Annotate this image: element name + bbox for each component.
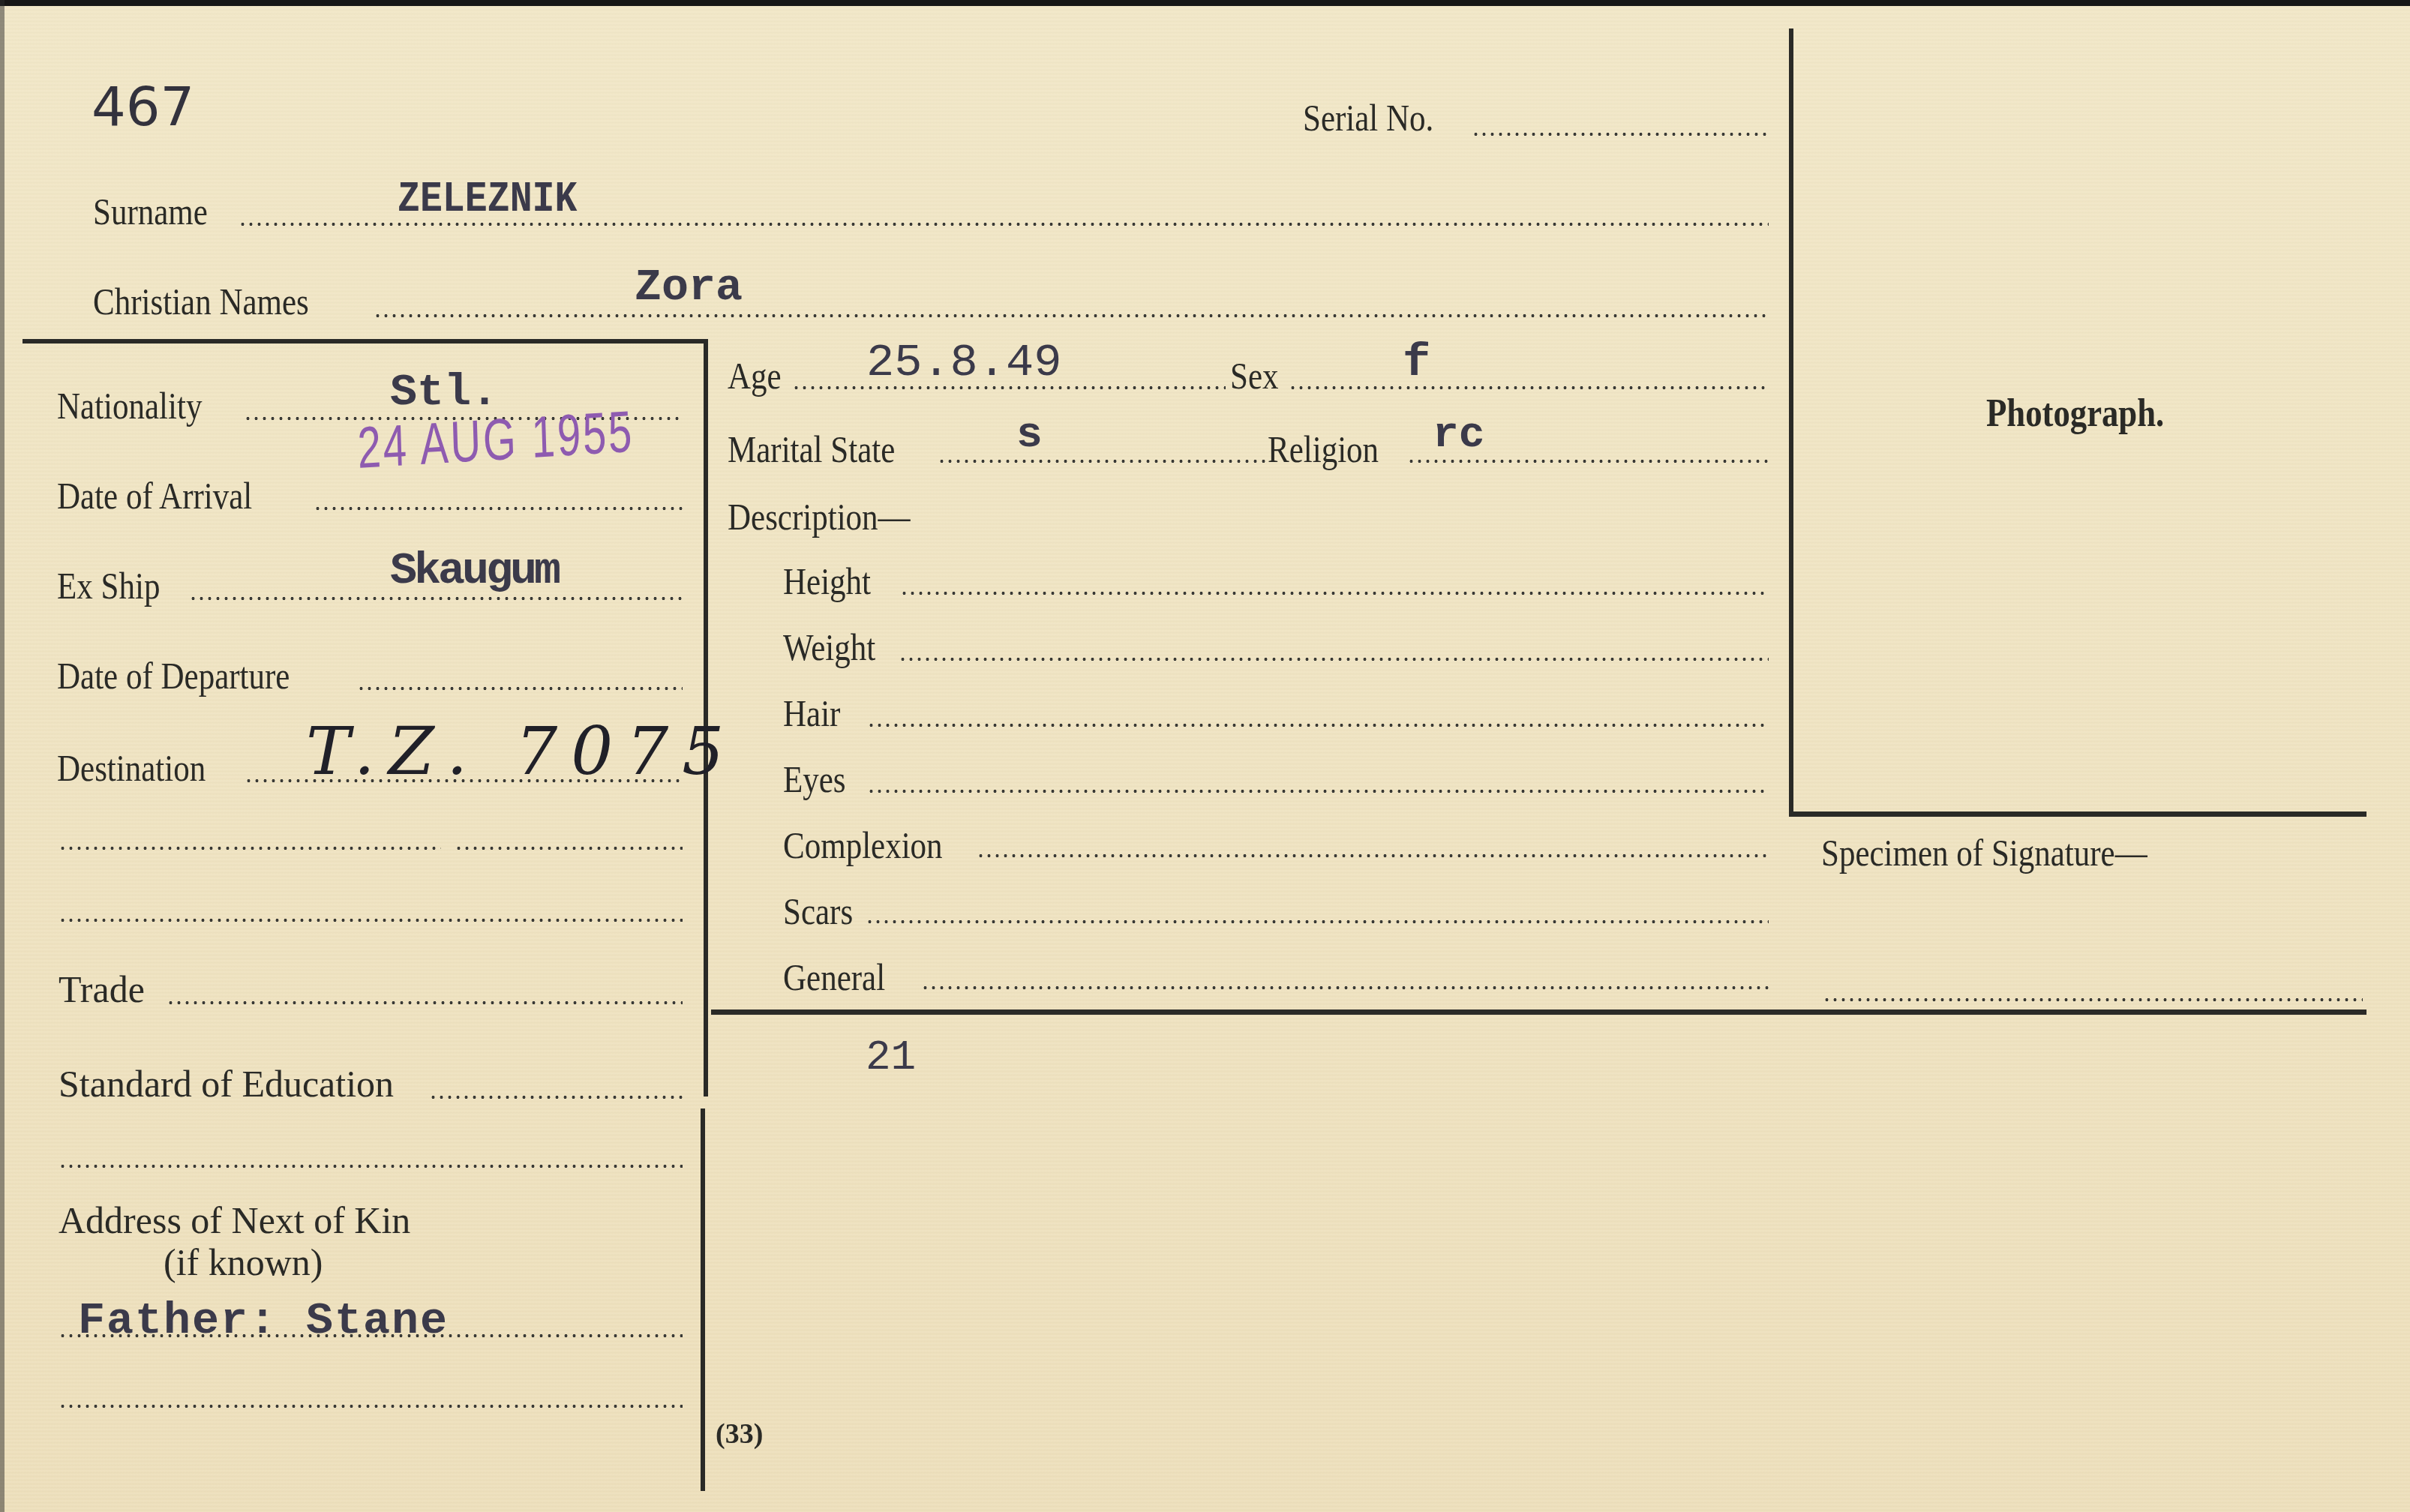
trade-label: Trade bbox=[59, 967, 145, 1011]
marital-state-label: Marital State bbox=[728, 427, 895, 471]
sex-field[interactable] bbox=[1289, 385, 1769, 390]
hair-label: Hair bbox=[783, 691, 840, 735]
blank-line-3[interactable] bbox=[59, 1164, 683, 1168]
scars-label: Scars bbox=[783, 889, 853, 933]
sex-value: f bbox=[1403, 336, 1430, 389]
eyes-field[interactable] bbox=[867, 789, 1769, 793]
marital-state-value: s bbox=[1016, 411, 1043, 460]
scars-field[interactable] bbox=[866, 919, 1769, 924]
photo-box-bottom-border bbox=[1789, 811, 2366, 817]
lower-horizontal-rule bbox=[711, 1009, 2366, 1015]
general-field[interactable] bbox=[921, 985, 1769, 990]
next-of-kin-label: Address of Next of Kin bbox=[59, 1198, 410, 1242]
blank-line-1-left[interactable] bbox=[59, 846, 441, 850]
education-field[interactable] bbox=[429, 1095, 683, 1099]
education-label: Standard of Education bbox=[59, 1062, 394, 1105]
surname-value: ZELEZNIK bbox=[398, 175, 577, 224]
complexion-field[interactable] bbox=[977, 853, 1769, 858]
serial-no-field[interactable] bbox=[1472, 132, 1769, 136]
general-label: General bbox=[783, 955, 885, 999]
card-left-edge bbox=[0, 0, 5, 1512]
date-of-departure-label: Date of Departure bbox=[57, 654, 290, 697]
religion-value: rc bbox=[1433, 411, 1485, 460]
age-label: Age bbox=[728, 354, 782, 397]
hair-field[interactable] bbox=[867, 723, 1769, 727]
height-label: Height bbox=[783, 559, 871, 603]
trade-field[interactable] bbox=[167, 1000, 683, 1005]
left-box-right-border-lower bbox=[701, 1108, 705, 1491]
left-box-top-border bbox=[23, 339, 707, 343]
complexion-label: Complexion bbox=[783, 823, 943, 867]
sex-label: Sex bbox=[1230, 354, 1279, 397]
next-of-kin-value: Father: Stane bbox=[78, 1296, 449, 1347]
christian-names-value: Zora bbox=[635, 262, 743, 313]
age-field[interactable] bbox=[792, 385, 1226, 390]
description-label: Description— bbox=[728, 495, 911, 538]
date-of-arrival-field[interactable] bbox=[314, 506, 683, 511]
christian-names-label: Christian Names bbox=[93, 280, 309, 323]
ex-ship-label: Ex Ship bbox=[57, 564, 160, 607]
photograph-area[interactable] bbox=[1796, 30, 2363, 808]
next-of-kin-field-2[interactable] bbox=[59, 1404, 683, 1408]
weight-label: Weight bbox=[783, 625, 875, 669]
christian-names-field[interactable] bbox=[374, 313, 1769, 318]
height-field[interactable] bbox=[900, 591, 1769, 595]
religion-label: Religion bbox=[1268, 427, 1379, 471]
ex-ship-value: Skaugum bbox=[390, 546, 558, 597]
religion-field[interactable] bbox=[1407, 459, 1769, 463]
date-of-arrival-label: Date of Arrival bbox=[57, 474, 252, 517]
blank-line-1-right[interactable] bbox=[455, 846, 683, 850]
card-top-edge bbox=[0, 0, 2410, 6]
nationality-label: Nationality bbox=[57, 384, 202, 427]
surname-field[interactable] bbox=[239, 222, 1769, 226]
surname-label: Surname bbox=[93, 190, 208, 233]
next-of-kin-field[interactable] bbox=[59, 1333, 683, 1338]
serial-no-label: Serial No. bbox=[1303, 96, 1433, 139]
photo-box-left-border bbox=[1789, 28, 1793, 816]
destination-label: Destination bbox=[57, 746, 206, 790]
form-code: (33) bbox=[716, 1417, 763, 1450]
weight-field[interactable] bbox=[899, 657, 1769, 661]
marital-state-field[interactable] bbox=[938, 459, 1268, 463]
signature-label: Specimen of Signature— bbox=[1821, 831, 2147, 874]
eyes-label: Eyes bbox=[783, 757, 846, 801]
registration-card: 467 Serial No. Surname ZELEZNIK Christia… bbox=[0, 0, 2410, 1512]
destination-field[interactable] bbox=[245, 778, 683, 783]
date-of-departure-field[interactable] bbox=[357, 686, 683, 691]
bottom-number: 21 bbox=[866, 1033, 916, 1081]
blank-line-2[interactable] bbox=[59, 918, 683, 922]
ex-ship-field[interactable] bbox=[189, 596, 683, 601]
age-value: 25.8.49 bbox=[866, 336, 1061, 389]
signature-field[interactable] bbox=[1823, 997, 2363, 1002]
card-number: 467 bbox=[92, 75, 194, 138]
next-of-kin-sublabel: (if known) bbox=[164, 1240, 323, 1284]
